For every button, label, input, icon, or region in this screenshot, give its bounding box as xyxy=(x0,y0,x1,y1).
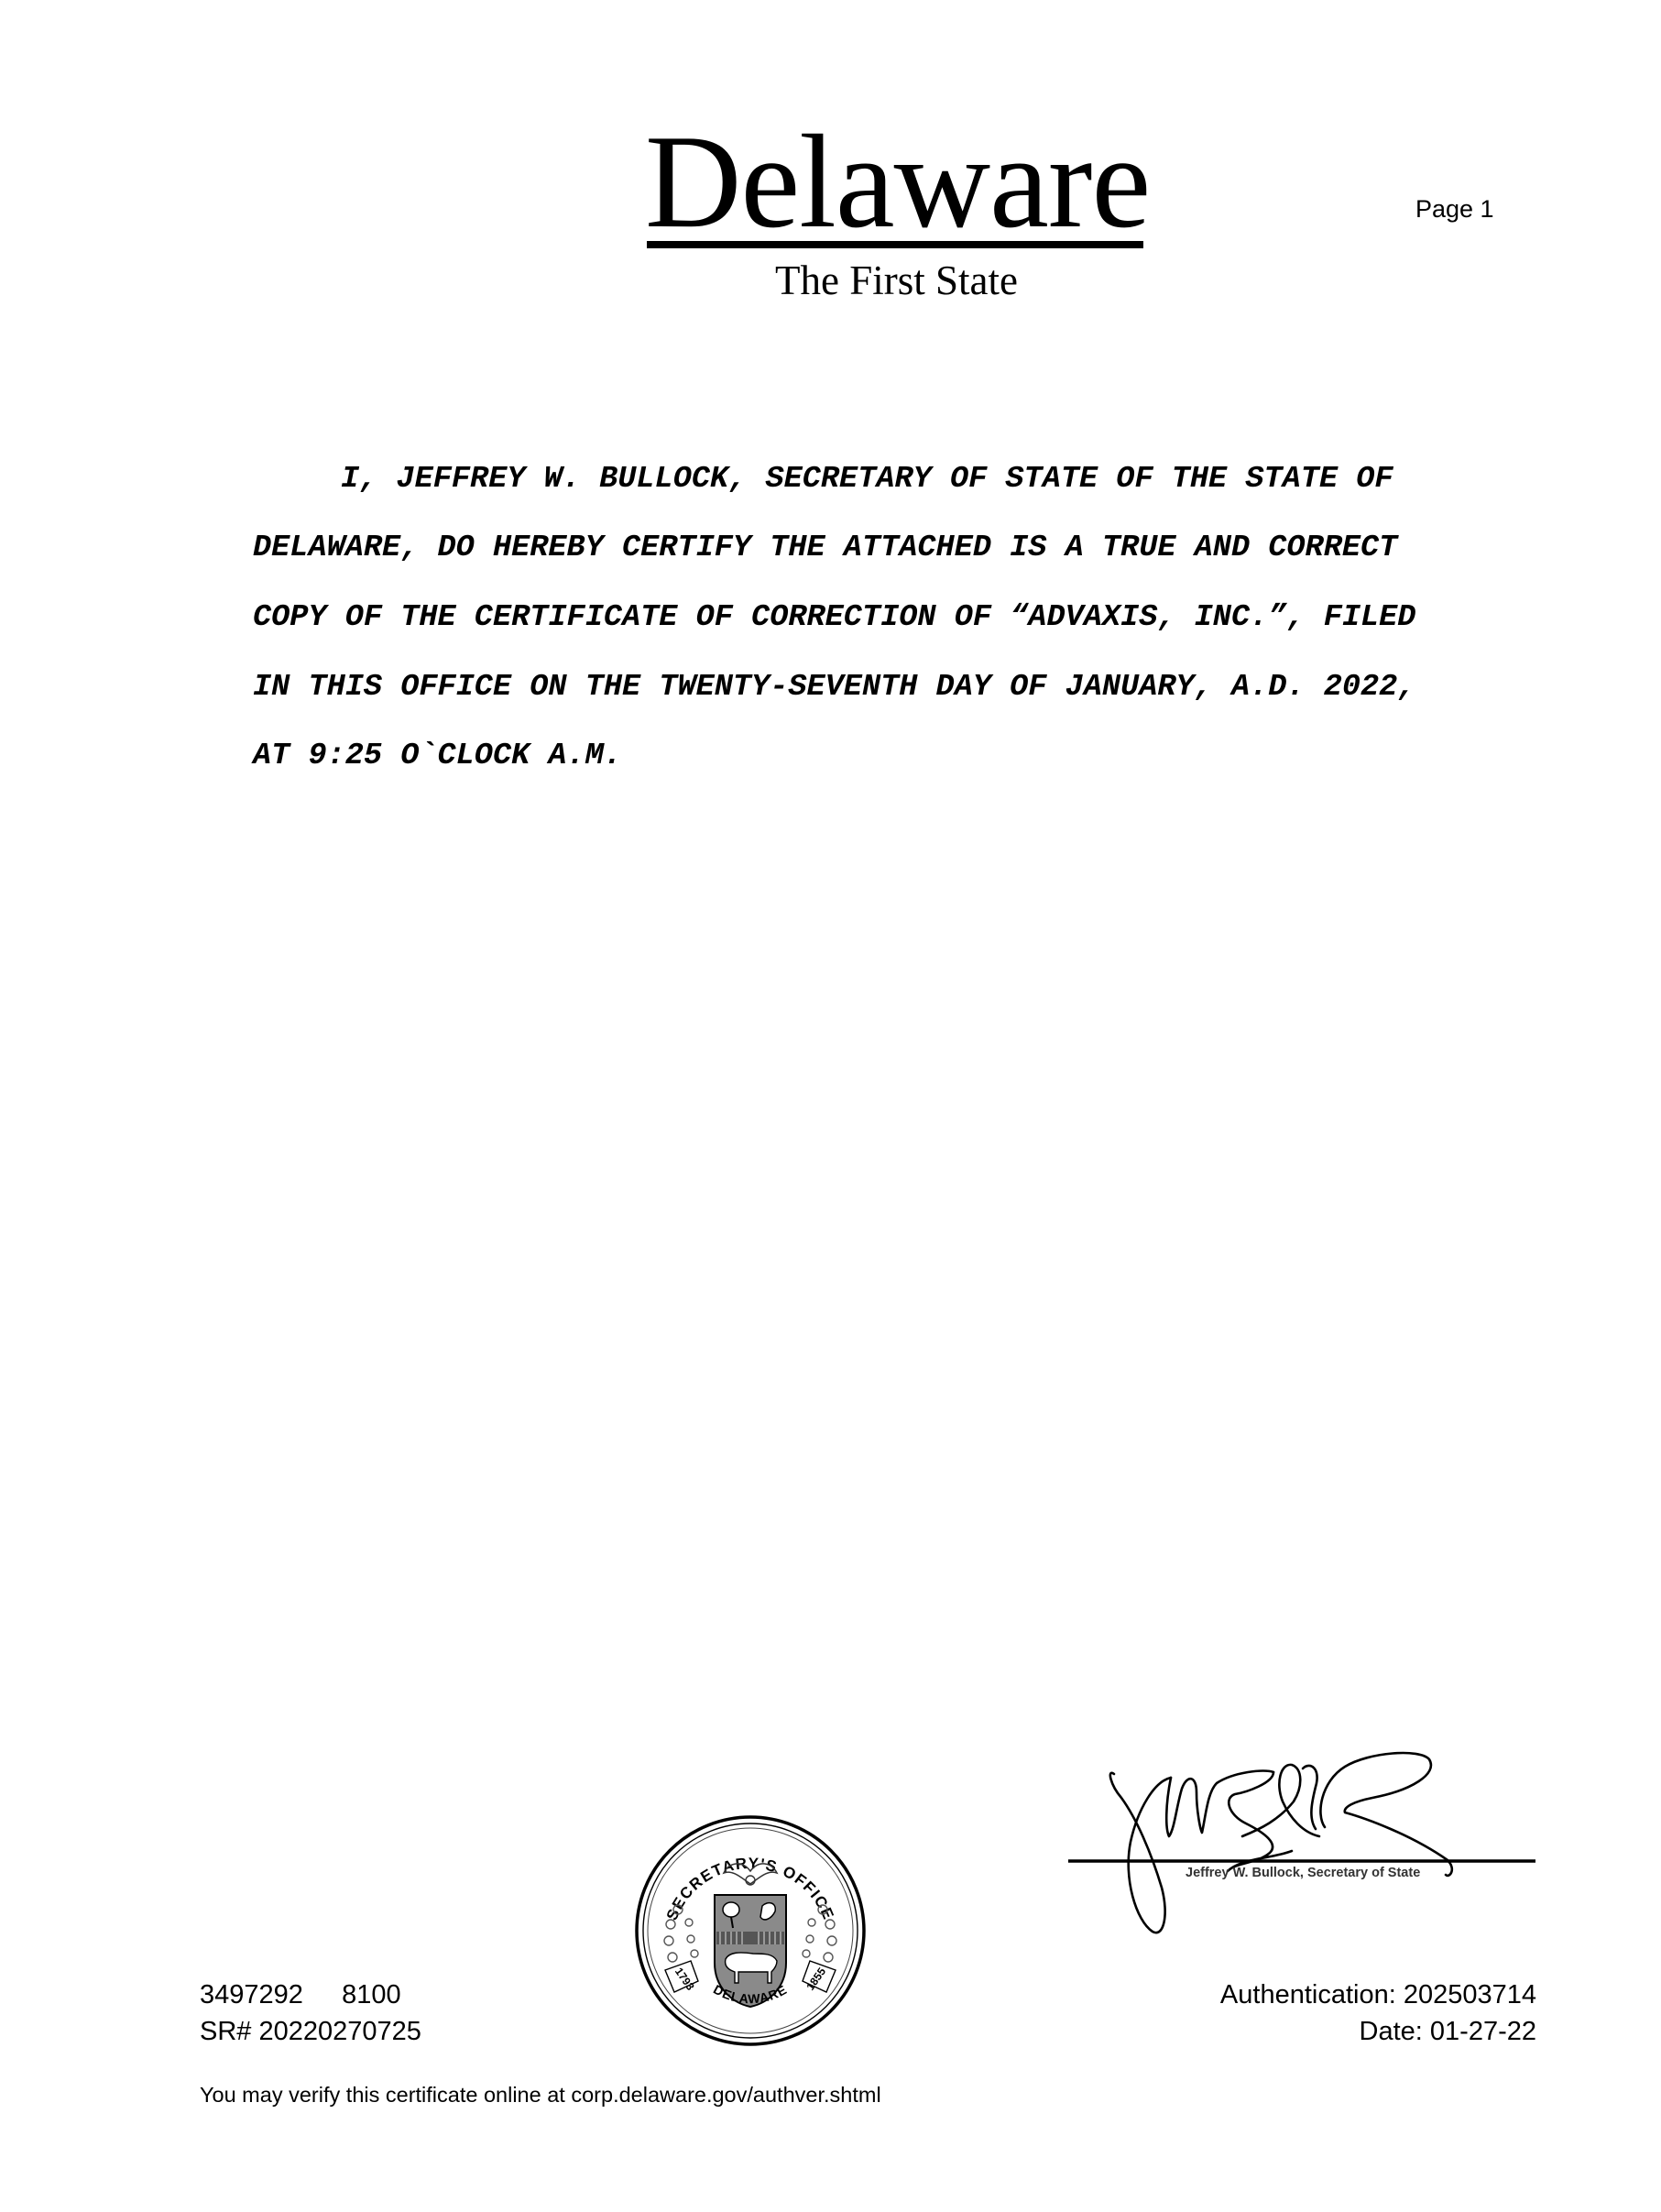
page-number: Page 1 xyxy=(1415,193,1494,224)
state-seal-icon: SECRETARY'S OFFICE 1793 1855 DELAWARE xyxy=(634,1814,867,2047)
certificate-date: Date: 01-27-22 xyxy=(1360,2013,1536,2050)
certification-line: AT 9:25 O`CLOCK A.M. xyxy=(253,738,622,774)
certification-line: DELAWARE, DO HEREBY CERTIFY THE ATTACHED… xyxy=(253,530,1397,566)
signature-icon xyxy=(1063,1741,1539,1943)
service-request-number: SR# 20220270725 xyxy=(200,2013,421,2050)
signature-caption: Jeffrey W. Bullock, Secretary of State xyxy=(1186,1865,1420,1881)
certification-line: IN THIS OFFICE ON THE TWENTY-SEVENTH DAY… xyxy=(253,669,1415,706)
file-number: 3497292 8100 xyxy=(200,1977,401,2013)
verification-note: You may verify this certificate online a… xyxy=(200,2080,881,2109)
page-subtitle: The First State xyxy=(775,257,1018,304)
certification-line: COPY OF THE CERTIFICATE OF CORRECTION OF… xyxy=(253,599,1415,636)
authentication-number: Authentication: 202503714 xyxy=(1220,1977,1536,2013)
page-title: Delaware xyxy=(645,108,1150,255)
title-underline xyxy=(647,241,1143,248)
certification-line: I, JEFFREY W. BULLOCK, SECRETARY OF STAT… xyxy=(341,461,1393,498)
